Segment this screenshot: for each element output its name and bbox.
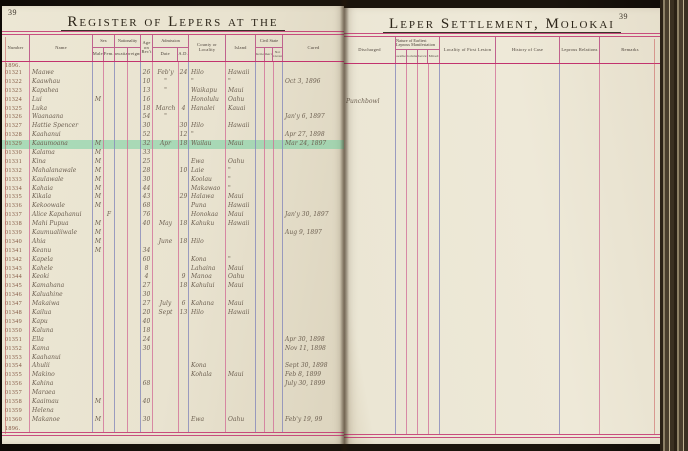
cell-n2 — [407, 142, 418, 151]
cell-rel — [560, 142, 600, 151]
cell-isl: Hawaii — [226, 220, 256, 229]
cell-n3 — [418, 356, 429, 365]
cell-nf — [128, 247, 141, 256]
cell-c1 — [256, 380, 265, 389]
cell-n1 — [396, 275, 407, 284]
cell-sf — [104, 300, 115, 309]
cell-c1 — [256, 167, 265, 176]
cell-mo — [153, 265, 179, 274]
register-row: 01358KaaimauM40 — [2, 398, 344, 407]
register-row — [344, 169, 660, 178]
cell-c2 — [265, 247, 274, 256]
cell-isl — [226, 362, 256, 371]
cell-les — [440, 80, 496, 89]
cell-n4 — [429, 142, 440, 151]
cell-loc — [189, 318, 226, 327]
cell-cu — [283, 309, 344, 318]
cell-rem — [600, 373, 660, 382]
cell-n3 — [418, 160, 429, 169]
register-row — [344, 338, 660, 347]
register-row: 01348Kailua20Sept13HiloHawaii — [2, 309, 344, 318]
cell-les — [440, 338, 496, 347]
cell-dy — [179, 256, 189, 265]
cell-les — [440, 249, 496, 258]
cell-les — [440, 258, 496, 267]
cell-mo — [153, 211, 179, 220]
cell-dis — [344, 329, 396, 338]
cell-c3 — [274, 149, 283, 158]
cell-n4 — [429, 169, 440, 178]
cell-loc: Kahana — [189, 300, 226, 309]
cell-c3 — [274, 96, 283, 105]
cell-c2 — [265, 309, 274, 318]
cell-nf — [128, 167, 141, 176]
cell-n2 — [407, 364, 418, 373]
register-row: 01322Kaawhau10"""Oct 3, 1896 — [2, 78, 344, 87]
cell-mo — [153, 282, 179, 291]
cell-c1 — [256, 122, 265, 131]
cell-age: 13 — [141, 87, 153, 96]
cell-n1 — [396, 240, 407, 249]
cell-c2 — [265, 122, 274, 131]
cell-n1 — [396, 142, 407, 151]
right-page: Leper Settlement, Molokai Discharged Nat… — [344, 8, 660, 444]
cell-age: 60 — [141, 256, 153, 265]
cell-cu: Apr 27, 1898 — [283, 131, 344, 140]
cell-dy — [179, 265, 189, 274]
cell-loc: Makawao — [189, 185, 226, 194]
cell-his — [496, 275, 560, 284]
cell-loc: Hilo — [189, 69, 226, 78]
cell-n2 — [407, 347, 418, 356]
cell-sm: M — [93, 416, 104, 425]
cell-les — [440, 187, 496, 196]
cell-n4 — [429, 124, 440, 133]
cell-dis — [344, 320, 396, 329]
cell-nf — [128, 256, 141, 265]
cell-c1 — [256, 327, 265, 336]
cell-dis — [344, 373, 396, 382]
cell-dy: 29 — [179, 193, 189, 202]
cell-sm: M — [93, 176, 104, 185]
cell-nf — [128, 113, 141, 122]
cell-rel — [560, 284, 600, 293]
cell-name: Waanaana — [30, 113, 93, 122]
cell-les — [440, 409, 496, 418]
cell-no: 01329 — [2, 140, 30, 149]
cell-n4 — [429, 311, 440, 320]
cell-cu — [283, 300, 344, 309]
cell-rel — [560, 320, 600, 329]
cell-rem — [600, 311, 660, 320]
cell-his — [496, 178, 560, 187]
cell-rem — [600, 64, 660, 71]
cell-nf — [128, 131, 141, 140]
cell-cu — [283, 282, 344, 291]
cell-dis — [344, 178, 396, 187]
cell-isl: Maui — [226, 140, 256, 149]
cell-rel — [560, 427, 600, 434]
cell-cu — [283, 149, 344, 158]
cell-sm — [93, 211, 104, 220]
register-row — [344, 329, 660, 338]
cell-c1 — [256, 229, 265, 238]
cell-his — [496, 258, 560, 267]
register-row — [344, 364, 660, 373]
cell-nh — [115, 309, 128, 318]
header-nat-foreigner: Foreigner — [128, 48, 140, 61]
header-first-lesion: Locality of First Lesion — [440, 37, 496, 63]
cell-his — [496, 89, 560, 98]
cell-sm: M — [93, 247, 104, 256]
register-row — [344, 275, 660, 284]
register-row: 01350Kaluna18 — [2, 327, 344, 336]
cell-cu — [283, 273, 344, 282]
cell-no: 01332 — [2, 167, 30, 176]
cell-c1 — [256, 62, 265, 69]
cell-n4 — [429, 284, 440, 293]
cell-les — [440, 275, 496, 284]
cell-les — [440, 231, 496, 240]
cell-sm: M — [93, 140, 104, 149]
cell-les — [440, 320, 496, 329]
register-row: 01328Kaahanui5212"Apr 27, 1898 — [2, 131, 344, 140]
cell-rem — [600, 89, 660, 98]
cell-n2 — [407, 338, 418, 347]
cell-les — [440, 213, 496, 222]
cell-n4 — [429, 338, 440, 347]
cell-c2 — [265, 425, 274, 432]
cell-isl — [226, 62, 256, 69]
cell-rel — [560, 400, 600, 409]
register-row — [344, 258, 660, 267]
cell-dis — [344, 356, 396, 365]
cell-n1 — [396, 89, 407, 98]
cell-n2 — [407, 64, 418, 71]
header-admission-date: Date — [153, 48, 178, 61]
cell-no: 01336 — [2, 202, 30, 211]
cell-nf — [128, 140, 141, 149]
cell-c3 — [274, 273, 283, 282]
cell-c3 — [274, 318, 283, 327]
register-row: 01344Keoki49ManoaOahu — [2, 273, 344, 282]
cell-mo: Sept — [153, 309, 179, 318]
cell-sm — [93, 354, 104, 363]
cell-rem — [600, 204, 660, 213]
cell-n3 — [418, 275, 429, 284]
cell-dy — [179, 87, 189, 96]
cell-n2 — [407, 329, 418, 338]
rule — [2, 34, 344, 35]
cell-rel — [560, 133, 600, 142]
cell-his — [496, 160, 560, 169]
cell-n3 — [418, 427, 429, 434]
cell-name: Luka — [30, 105, 93, 114]
cell-n4 — [429, 107, 440, 116]
cell-sm — [93, 336, 104, 345]
cell-n3 — [418, 418, 429, 427]
cell-c1 — [256, 416, 265, 425]
cell-n3 — [418, 329, 429, 338]
cell-les — [440, 382, 496, 391]
cell-n3 — [418, 338, 429, 347]
cell-age: 52 — [141, 131, 153, 140]
cell-cu — [283, 185, 344, 194]
register-row: 01360MakanoeM30EwaOahuFeb'y 19, 99 — [2, 416, 344, 425]
cell-n4 — [429, 373, 440, 382]
cell-mo — [153, 193, 179, 202]
cell-his — [496, 222, 560, 231]
rule — [344, 437, 660, 438]
cell-n4 — [429, 64, 440, 71]
cell-les — [440, 356, 496, 365]
cell-les — [440, 391, 496, 400]
cell-age — [141, 362, 153, 371]
cell-n4 — [429, 329, 440, 338]
cell-c1 — [256, 113, 265, 122]
cell-nh — [115, 354, 128, 363]
cell-rem — [600, 115, 660, 124]
cell-mo — [153, 273, 179, 282]
cell-cu — [283, 238, 344, 247]
cell-sm: M — [93, 167, 104, 176]
cell-rem — [600, 195, 660, 204]
header-civil-notknown: Not Known — [273, 48, 282, 61]
rule — [344, 33, 660, 34]
cell-n1 — [396, 187, 407, 196]
cell-age: 76 — [141, 211, 153, 220]
cell-n1 — [396, 302, 407, 311]
register-row: 01352Kama30Nov 11, 1898 — [2, 345, 344, 354]
right-page-title: Leper Settlement, Molokai — [383, 17, 621, 33]
cell-no: 1896. — [2, 62, 30, 69]
cell-c1 — [256, 238, 265, 247]
register-row: 01335KikalaM4329HalawaMaui — [2, 193, 344, 202]
cell-c2 — [265, 167, 274, 176]
cell-rel — [560, 115, 600, 124]
header-nationality: Nationality — [115, 35, 140, 48]
cell-rem — [600, 231, 660, 240]
register-row — [344, 107, 660, 116]
cell-nf — [128, 176, 141, 185]
cell-sm — [93, 62, 104, 69]
cell-no: 01354 — [2, 362, 30, 371]
cell-loc: Ewa — [189, 416, 226, 425]
cell-sm — [93, 256, 104, 265]
cell-mo — [153, 362, 179, 371]
cell-cu — [283, 193, 344, 202]
cell-no: 01333 — [2, 176, 30, 185]
cell-dis — [344, 258, 396, 267]
cell-n2 — [407, 133, 418, 142]
cell-nh — [115, 220, 128, 229]
cell-cu — [283, 176, 344, 185]
cell-c1 — [256, 309, 265, 318]
cell-no: 01358 — [2, 398, 30, 407]
cell-n3 — [418, 133, 429, 142]
cell-cu — [283, 220, 344, 229]
cell-rem — [600, 400, 660, 409]
cell-sm: M — [93, 398, 104, 407]
cell-sm: M — [93, 220, 104, 229]
cell-les — [440, 373, 496, 382]
cell-c2 — [265, 220, 274, 229]
cell-n2 — [407, 187, 418, 196]
cell-rel — [560, 187, 600, 196]
register-row — [344, 124, 660, 133]
cell-c1 — [256, 247, 265, 256]
cell-c2 — [265, 62, 274, 69]
cell-sm: M — [93, 96, 104, 105]
cell-cu: Jan'y 6, 1897 — [283, 113, 344, 122]
cell-rel — [560, 195, 600, 204]
cell-c3 — [274, 247, 283, 256]
cell-sf — [104, 229, 115, 238]
cell-nf — [128, 69, 141, 78]
header-civil-married: Married — [256, 48, 265, 61]
cell-no: 01330 — [2, 149, 30, 158]
cell-name: Kamahana — [30, 282, 93, 291]
cell-n3 — [418, 258, 429, 267]
cell-dis — [344, 409, 396, 418]
register-row — [344, 80, 660, 89]
cell-cu: Feb'y 19, 99 — [283, 416, 344, 425]
cell-c1 — [256, 389, 265, 398]
register-row: 01343Kahele8LahainaMaui — [2, 265, 344, 274]
left-register-rows: 1896.01321Maawe26Feb'y24HiloHawaii01322K… — [2, 62, 344, 432]
cell-mo — [153, 336, 179, 345]
left-column-headers: Number Name Sex Male Fem. Nationality Ha… — [2, 35, 344, 62]
cell-name — [30, 425, 93, 432]
cell-nh — [115, 265, 128, 274]
register-row — [344, 231, 660, 240]
register-row: 01329KaaumoanaM32Apr18WailauMauiMar 24, … — [2, 140, 344, 149]
cell-n1 — [396, 267, 407, 276]
cell-sm — [93, 105, 104, 114]
cell-n1 — [396, 338, 407, 347]
cell-n3 — [418, 311, 429, 320]
cell-n4 — [429, 160, 440, 169]
register-row — [344, 213, 660, 222]
cell-c3 — [274, 345, 283, 354]
cell-dis — [344, 107, 396, 116]
cell-c1 — [256, 176, 265, 185]
cell-n1 — [396, 364, 407, 373]
cell-cu — [283, 247, 344, 256]
register-row: 01327Hattie Spencer3030HiloHawaii — [2, 122, 344, 131]
cell-c1 — [256, 96, 265, 105]
header-nationality-group: Nationality Hawaiian Foreigner — [115, 35, 141, 61]
cell-rem — [600, 418, 660, 427]
cell-les — [440, 329, 496, 338]
cell-c3 — [274, 131, 283, 140]
cell-n2 — [407, 427, 418, 434]
cell-his — [496, 115, 560, 124]
register-row — [344, 160, 660, 169]
cell-n1 — [396, 195, 407, 204]
cell-c2 — [265, 282, 274, 291]
cell-nh — [115, 407, 128, 416]
cell-n2 — [407, 98, 418, 107]
cell-isl — [226, 318, 256, 327]
cell-n2 — [407, 382, 418, 391]
cell-n4 — [429, 364, 440, 373]
cell-n2 — [407, 80, 418, 89]
cell-cu — [283, 398, 344, 407]
cell-rem — [600, 151, 660, 160]
cell-isl — [226, 407, 256, 416]
cell-loc — [189, 425, 226, 432]
cell-c2 — [265, 256, 274, 265]
cell-dy — [179, 202, 189, 211]
header-civil-unmarried: Unmarried — [265, 48, 274, 61]
cell-les — [440, 142, 496, 151]
cell-n4 — [429, 178, 440, 187]
register-row: 01349Kapu40 — [2, 318, 344, 327]
cell-les — [440, 160, 496, 169]
cell-n3 — [418, 80, 429, 89]
cell-dy — [179, 354, 189, 363]
cell-nf — [128, 96, 141, 105]
cell-dis — [344, 391, 396, 400]
rule — [2, 31, 344, 32]
cell-les — [440, 400, 496, 409]
cell-dis — [344, 169, 396, 178]
cell-c2 — [265, 362, 274, 371]
cell-name: Kaumualiiwale — [30, 229, 93, 238]
cell-mo — [153, 167, 179, 176]
cell-n1 — [396, 98, 407, 107]
cell-n4 — [429, 231, 440, 240]
cell-c1 — [256, 131, 265, 140]
cell-nh — [115, 371, 128, 380]
cell-dis — [344, 302, 396, 311]
cell-rel — [560, 231, 600, 240]
cell-nf — [128, 389, 141, 398]
cell-n4 — [429, 89, 440, 98]
cell-dy: 18 — [179, 238, 189, 247]
cell-loc: Koolau — [189, 176, 226, 185]
cell-mo — [153, 176, 179, 185]
cell-n4 — [429, 249, 440, 258]
cell-nf — [128, 398, 141, 407]
cell-sf — [104, 220, 115, 229]
cell-his — [496, 80, 560, 89]
cell-c3 — [274, 62, 283, 69]
cell-isl: Maui — [226, 193, 256, 202]
cell-isl: " — [226, 176, 256, 185]
cell-n2 — [407, 124, 418, 133]
cell-rel — [560, 311, 600, 320]
cell-n3 — [418, 151, 429, 160]
header-sex-male: Male — [93, 48, 104, 61]
cell-no: 01357 — [2, 389, 30, 398]
cell-rel — [560, 160, 600, 169]
cell-isl: Oahu — [226, 416, 256, 425]
register-row — [344, 400, 660, 409]
register-row — [344, 284, 660, 293]
cell-c3 — [274, 389, 283, 398]
cell-n4 — [429, 267, 440, 276]
cell-c1 — [256, 345, 265, 354]
cell-n3 — [418, 364, 429, 373]
cell-n2 — [407, 373, 418, 382]
left-page-title: Register of Lepers at the — [61, 15, 284, 31]
cell-loc: Laie — [189, 167, 226, 176]
cell-loc — [189, 113, 226, 122]
cell-les — [440, 124, 496, 133]
register-row — [344, 187, 660, 196]
